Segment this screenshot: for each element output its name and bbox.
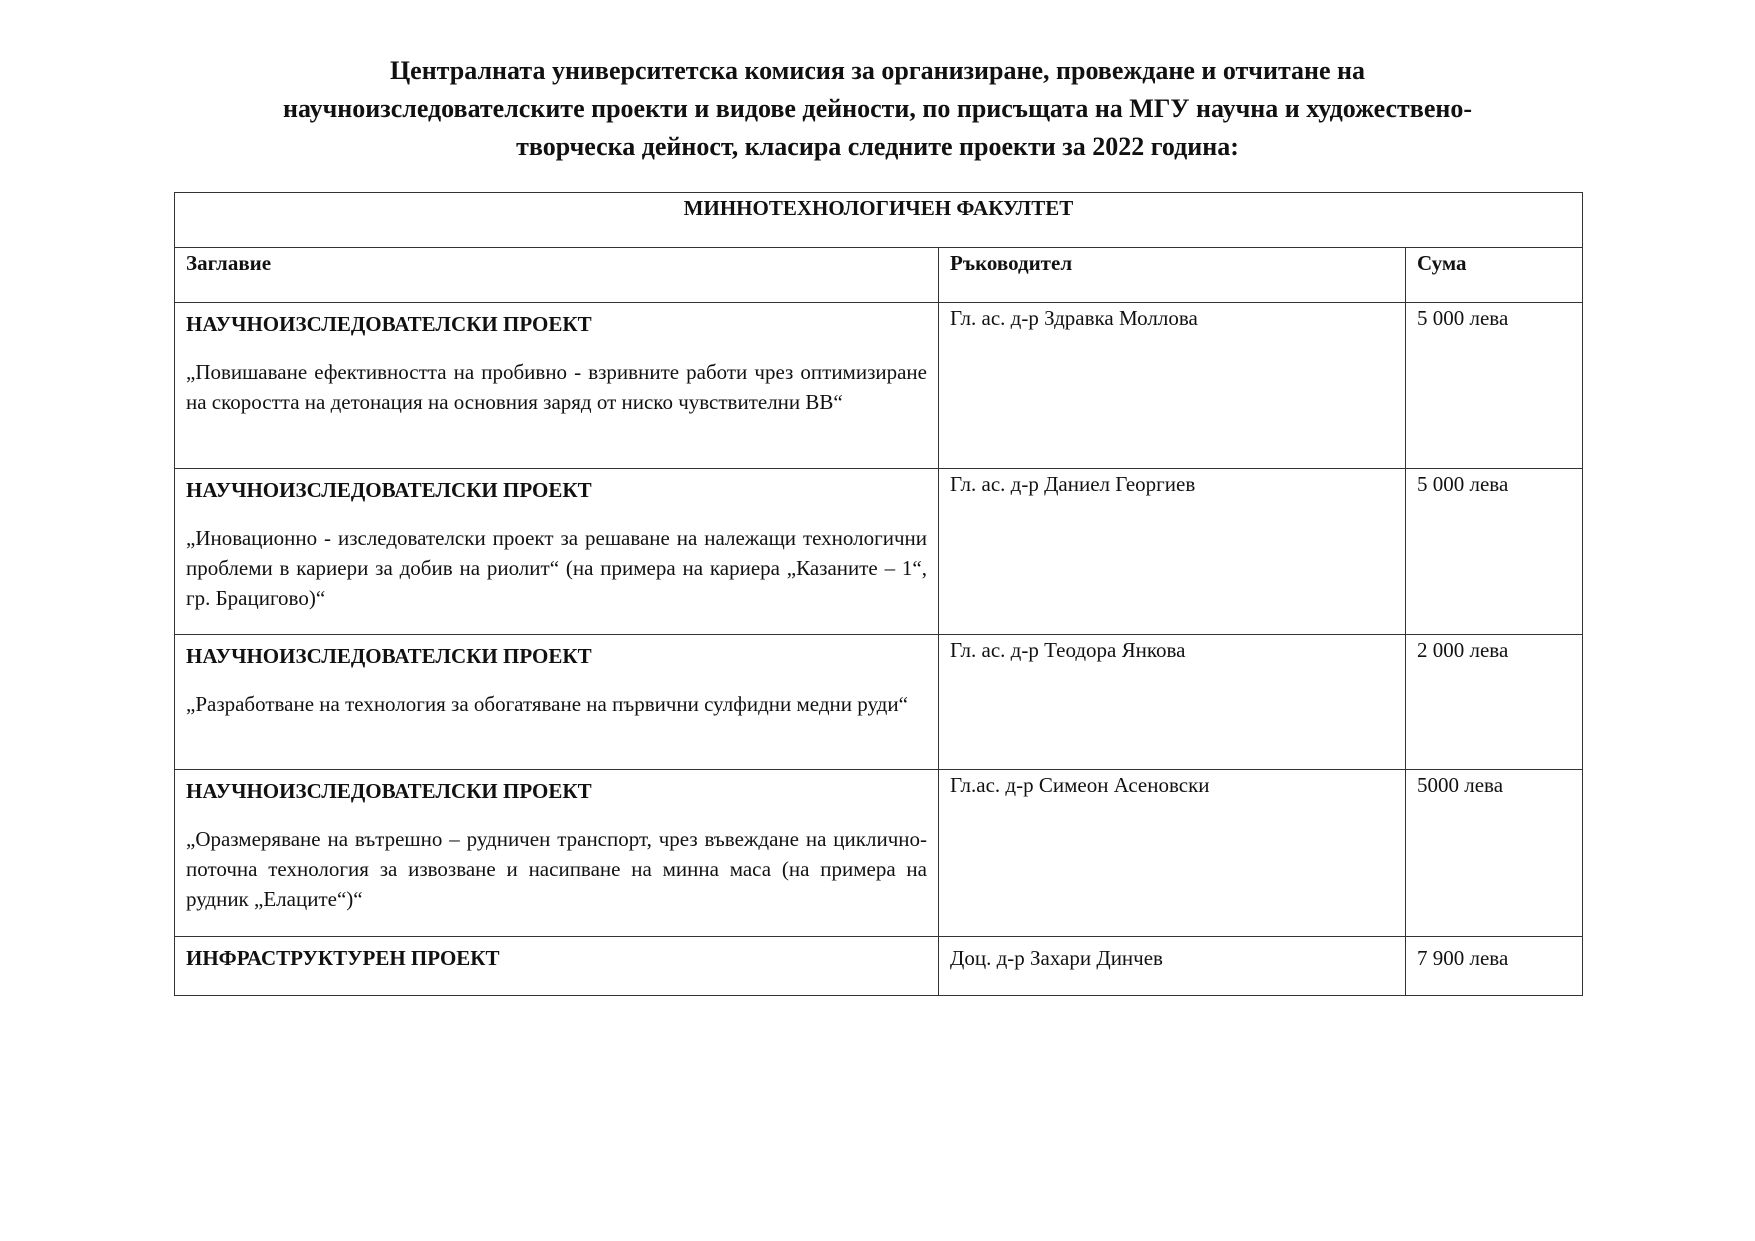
project-title: „Оразмеряване на вътрешно – рудничен тра… (186, 824, 927, 914)
project-amount: 7 900 лева (1406, 937, 1583, 996)
project-leader: Гл. ас. д-р Здравка Моллова (939, 303, 1406, 469)
table-row: НАУЧНОИЗСЛЕДОВАТЕЛСКИ ПРОЕКТ „Оразмерява… (175, 770, 1583, 937)
project-leader: Гл. ас. д-р Даниел Георгиев (939, 469, 1406, 635)
projects-table: МИННОТЕХНОЛОГИЧЕН ФАКУЛТЕТ Заглавие Ръко… (174, 192, 1583, 996)
column-header-title: Заглавие (175, 248, 939, 303)
project-cell: НАУЧНОИЗСЛЕДОВАТЕЛСКИ ПРОЕКТ „Разработва… (175, 635, 939, 770)
project-amount: 2 000 лева (1406, 635, 1583, 770)
project-amount: 5 000 лева (1406, 303, 1583, 469)
project-leader: Доц. д-р Захари Динчев (939, 937, 1406, 996)
project-type: НАУЧНОИЗСЛЕДОВАТЕЛСКИ ПРОЕКТ (186, 641, 927, 671)
document-heading: Централната университетска комисия за ор… (150, 52, 1605, 166)
faculty-row: МИННОТЕХНОЛОГИЧЕН ФАКУЛТЕТ (175, 193, 1583, 248)
faculty-name: МИННОТЕХНОЛОГИЧЕН ФАКУЛТЕТ (175, 193, 1583, 248)
project-cell: НАУЧНОИЗСЛЕДОВАТЕЛСКИ ПРОЕКТ „Оразмерява… (175, 770, 939, 937)
project-type: НАУЧНОИЗСЛЕДОВАТЕЛСКИ ПРОЕКТ (186, 776, 927, 806)
project-type: НАУЧНОИЗСЛЕДОВАТЕЛСКИ ПРОЕКТ (186, 309, 927, 339)
column-header-amount: Сума (1406, 248, 1583, 303)
heading-line: Централната университетска комисия за ор… (150, 52, 1605, 90)
heading-line: творческа дейност, класира следните прое… (150, 128, 1605, 166)
table-row: НАУЧНОИЗСЛЕДОВАТЕЛСКИ ПРОЕКТ „Иновационн… (175, 469, 1583, 635)
project-type: ИНФРАСТРУКТУРЕН ПРОЕКТ (186, 943, 927, 973)
table-row: НАУЧНОИЗСЛЕДОВАТЕЛСКИ ПРОЕКТ „Разработва… (175, 635, 1583, 770)
table-row: ИНФРАСТРУКТУРЕН ПРОЕКТ Доц. д-р Захари Д… (175, 937, 1583, 996)
project-leader: Гл. ас. д-р Теодора Янкова (939, 635, 1406, 770)
project-title: „Разработване на технология за обогатява… (186, 689, 927, 719)
project-amount: 5000 лева (1406, 770, 1583, 937)
project-cell: НАУЧНОИЗСЛЕДОВАТЕЛСКИ ПРОЕКТ „Иновационн… (175, 469, 939, 635)
project-title: „Иновационно - изследователски проект за… (186, 523, 927, 613)
table-row: НАУЧНОИЗСЛЕДОВАТЕЛСКИ ПРОЕКТ „Повишаване… (175, 303, 1583, 469)
project-cell: ИНФРАСТРУКТУРЕН ПРОЕКТ (175, 937, 939, 996)
project-cell: НАУЧНОИЗСЛЕДОВАТЕЛСКИ ПРОЕКТ „Повишаване… (175, 303, 939, 469)
project-title: „Повишаване ефективността на пробивно - … (186, 357, 927, 417)
project-leader: Гл.ас. д-р Симеон Асеновски (939, 770, 1406, 937)
column-header-row: Заглавие Ръководител Сума (175, 248, 1583, 303)
project-type: НАУЧНОИЗСЛЕДОВАТЕЛСКИ ПРОЕКТ (186, 475, 927, 505)
project-amount: 5 000 лева (1406, 469, 1583, 635)
column-header-leader: Ръководител (939, 248, 1406, 303)
heading-line: научноизследователските проекти и видове… (150, 90, 1605, 128)
